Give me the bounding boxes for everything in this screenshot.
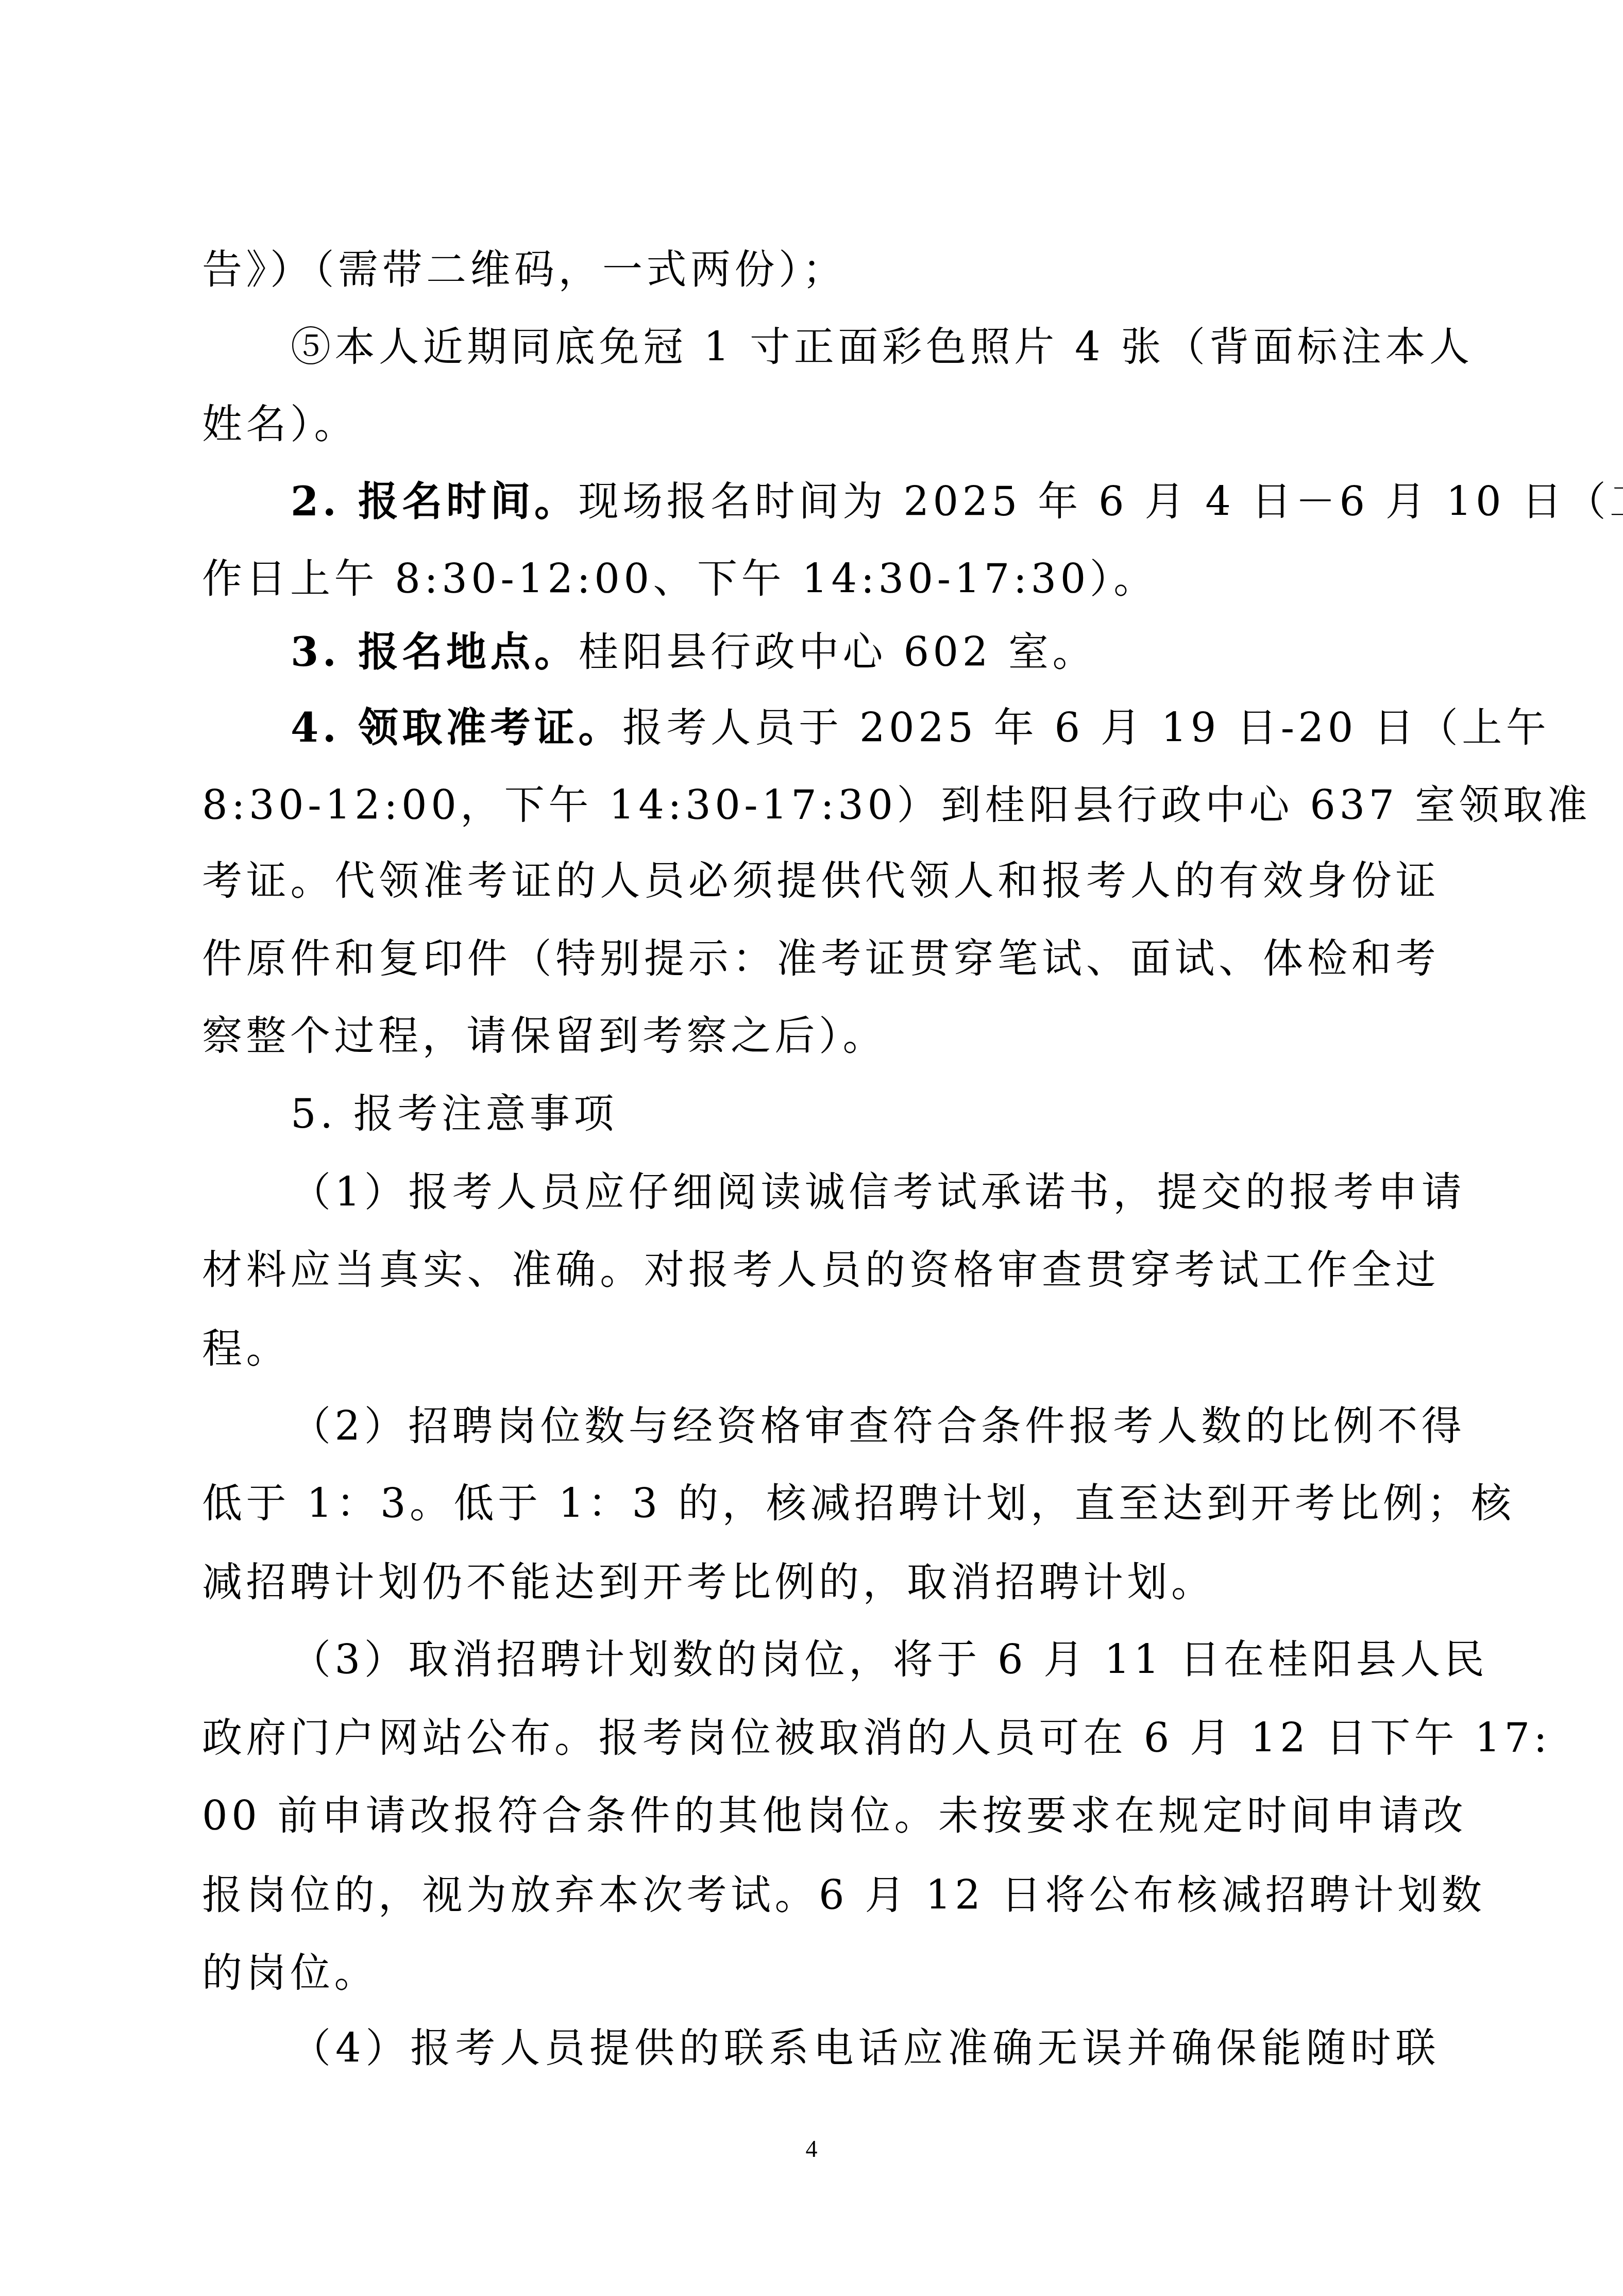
paragraph-line: 4. 领取准考证。报考人员于 2025 年 6 月 19 日-20 日（上午: [291, 690, 1440, 767]
line-text: ⑤本人近期同底免冠 1 寸正面彩色照片 4 张（背面标注本人: [291, 324, 1473, 371]
paragraph-line: 00 前申请改报符合条件的其他岗位。未按要求在规定时间申请改: [202, 1778, 1440, 1855]
line-text: 00 前申请改报符合条件的其他岗位。未按要求在规定时间申请改: [202, 1793, 1467, 1839]
paragraph-line: 8:30-12:00，下午 14:30-17:30）到桂阳县行政中心 637 室…: [202, 767, 1440, 844]
line-text: 桂阳县行政中心 602 室。: [579, 629, 1096, 676]
paragraph-line: 考证。代领准考证的人员必须提供代领人和报考人的有效身份证: [202, 843, 1440, 920]
line-text: （2）招聘岗位数与经资格审查符合条件报考人数的比例不得: [291, 1403, 1465, 1450]
line-text: 政府门户网站公布。报考岗位被取消的人员可在 6 月 12 日下午 17:: [202, 1715, 1551, 1762]
line-text: 报岗位的，视为放弃本次考试。6 月 12 日将公布核减招聘计划数: [202, 1872, 1485, 1919]
section-heading: 2. 报名时间。: [291, 478, 579, 525]
paragraph-line: 告》）（需带二维码，一式两份）；: [202, 231, 1440, 309]
paragraph-line: 报岗位的，视为放弃本次考试。6 月 12 日将公布核减招聘计划数: [202, 1857, 1440, 1934]
paragraph-line: 政府门户网站公布。报考岗位被取消的人员可在 6 月 12 日下午 17:: [202, 1700, 1440, 1777]
line-text: 减招聘计划仍不能达到开考比例的，取消招聘计划。: [202, 1560, 1215, 1606]
paragraph-line: （2）招聘岗位数与经资格审查符合条件报考人数的比例不得: [291, 1388, 1440, 1465]
line-text: 8:30-12:00，下午 14:30-17:30）到桂阳县行政中心 637 室…: [202, 782, 1591, 829]
paragraph-line: 材料应当真实、准确。对报考人员的资格审查贯穿考试工作全过: [202, 1232, 1440, 1309]
document-page: 告》）（需带二维码，一式两份）； ⑤本人近期同底免冠 1 寸正面彩色照片 4 张…: [0, 0, 1623, 2296]
line-text: 程。: [202, 1326, 290, 1372]
section-heading: 4. 领取准考证。: [291, 705, 622, 751]
paragraph-line: 的岗位。: [202, 1935, 1440, 2012]
line-text: 告》）（需带二维码，一式两份）；: [202, 247, 847, 293]
section-heading: 3. 报名地点。: [291, 629, 579, 676]
paragraph-line: （4）报考人员提供的联系电话应准确无误并确保能随时联: [291, 2010, 1440, 2087]
line-text: （1）报考人员应仔细阅读诚信考试承诺书，提交的报考申请: [291, 1169, 1465, 1216]
line-text: 低于 1：3。低于 1：3 的，核减招聘计划，直至达到开考比例；核: [202, 1481, 1515, 1527]
paragraph-line: ⑤本人近期同底免冠 1 寸正面彩色照片 4 张（背面标注本人: [291, 309, 1440, 386]
paragraph-line: 作日上午 8:30-12:00、下午 14:30-17:30）。: [202, 541, 1440, 618]
section-heading: 5. 报考注意事项: [291, 1091, 618, 1137]
paragraph-line: 3. 报名地点。桂阳县行政中心 602 室。: [291, 614, 1440, 691]
paragraph-line: 姓名）。: [202, 386, 1440, 463]
line-text: 件原件和复印件（特别提示：准考证贯穿笔试、面试、体检和考: [202, 936, 1440, 982]
line-text: 报考人员于 2025 年 6 月 19 日-20 日（上午: [622, 705, 1550, 751]
paragraph-line: （1）报考人员应仔细阅读诚信考试承诺书，提交的报考申请: [291, 1154, 1440, 1231]
line-text: 的岗位。: [202, 1950, 378, 1997]
line-text: 现场报名时间为 2025 年 6 月 4 日－6 月 10 日（工: [579, 479, 1623, 525]
paragraph-line: 程。: [202, 1311, 1440, 1388]
paragraph-line: 察整个过程，请保留到考察之后）。: [202, 998, 1440, 1075]
paragraph-line: 低于 1：3。低于 1：3 的，核减招聘计划，直至达到开考比例；核: [202, 1465, 1440, 1543]
line-text: 材料应当真实、准确。对报考人员的资格审查贯穿考试工作全过: [202, 1247, 1440, 1294]
paragraph-line: 减招聘计划仍不能达到开考比例的，取消招聘计划。: [202, 1544, 1440, 1621]
line-text: 作日上午 8:30-12:00、下午 14:30-17:30）。: [202, 556, 1158, 602]
page-number: 4: [0, 2134, 1623, 2165]
paragraph-line: （3）取消招聘计划数的岗位，将于 6 月 11 日在桂阳县人民: [291, 1621, 1440, 1699]
section-heading-line: 5. 报考注意事项: [291, 1076, 1440, 1153]
line-text: 考证。代领准考证的人员必须提供代领人和报考人的有效身份证: [202, 858, 1440, 904]
line-text: 姓名）。: [202, 401, 358, 448]
paragraph-line: 件原件和复印件（特别提示：准考证贯穿笔试、面试、体检和考: [202, 920, 1440, 998]
line-text: （4）报考人员提供的联系电话应准确无误并确保能随时联: [291, 2025, 1440, 2072]
paragraph-line: 2. 报名时间。现场报名时间为 2025 年 6 月 4 日－6 月 10 日（…: [291, 463, 1440, 541]
line-text: 察整个过程，请保留到考察之后）。: [202, 1013, 887, 1060]
line-text: （3）取消招聘计划数的岗位，将于 6 月 11 日在桂阳县人民: [291, 1637, 1488, 1683]
